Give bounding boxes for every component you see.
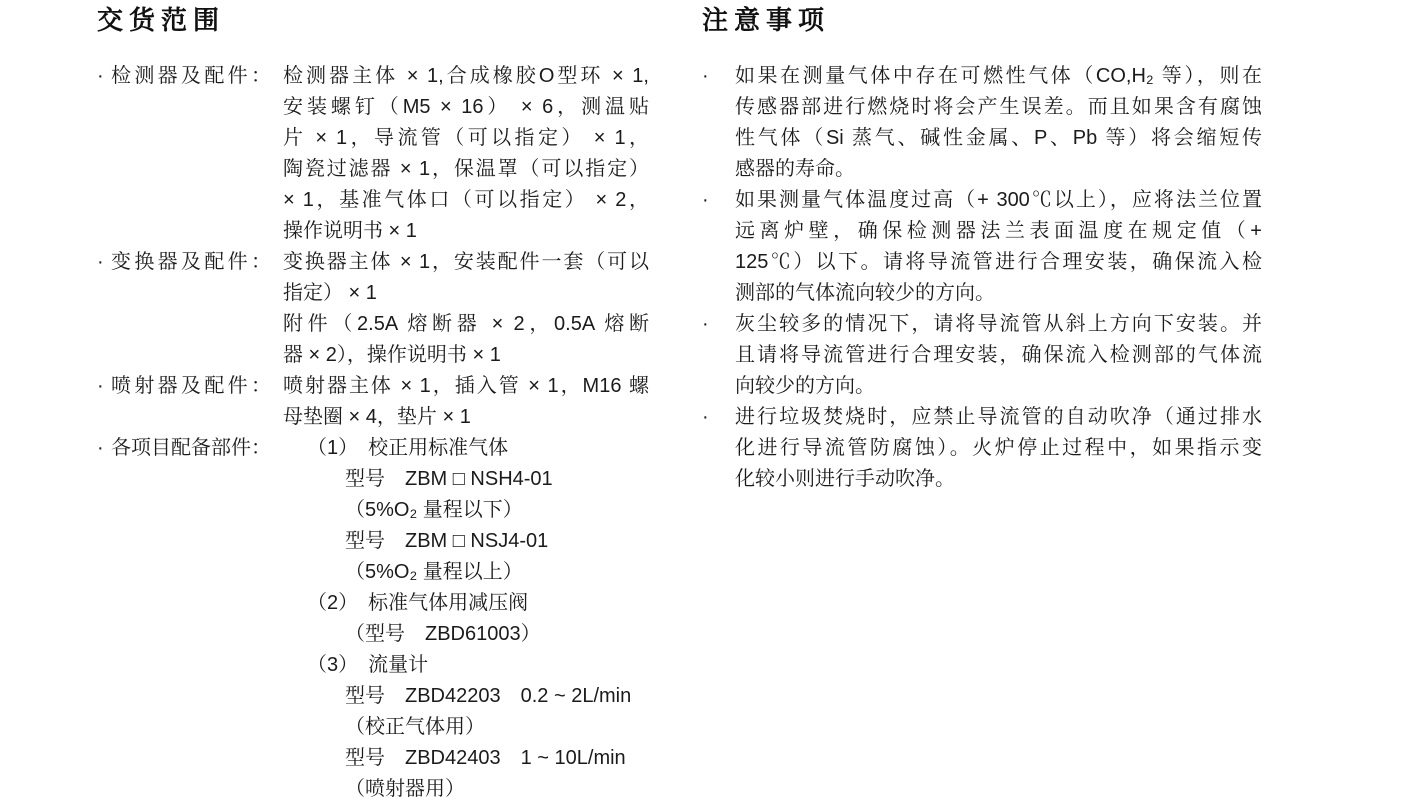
precaution-line: 125℃）以下。请将导流管进行合理安装，确保流入检 (735, 247, 1262, 278)
bullet-marker: · (702, 309, 735, 340)
precaution-line: 远离炉壁，确保检测器法兰表面温度在规定值（+ (735, 216, 1262, 247)
row-content: （1） 校正用标准气体 型号 ZBM □ NSH4-01 （5%O₂ 量程以下）… (283, 433, 665, 801)
content-line: 指定） × 1 (283, 278, 665, 309)
precaution-line: 感器的寿命。 (735, 154, 1277, 185)
manual-page: 交货范围 · 检测器及配件： 检测器主体 × 1,合成橡胶O型环 × 1, 安装… (0, 0, 1415, 801)
content-line: （1） 校正用标准气体 (307, 433, 665, 464)
content-line: 器 × 2），操作说明书 × 1 (283, 340, 665, 371)
precaution-line: 化进行导流管防腐蚀）。火炉停止过程中，如果指示变 (735, 433, 1262, 464)
content-line: 型号 ZBD42403 1 ~ 10L/min (345, 743, 665, 774)
delivery-row-injector: · 喷射器及配件： 喷射器主体 × 1，插入管 × 1，M16 螺 母垫圈 × … (97, 371, 665, 433)
precaution-item-waste-incineration: · 进行垃圾焚烧时，应禁止导流管的自动吹净（通过排水 化进行导流管防腐蚀）。火炉… (702, 402, 1277, 495)
precaution-text: 进行垃圾焚烧时，应禁止导流管的自动吹净（通过排水 化进行导流管防腐蚀）。火炉停止… (735, 402, 1277, 495)
delivery-section: 交货范围 · 检测器及配件： 检测器主体 × 1,合成橡胶O型环 × 1, 安装… (97, 5, 665, 801)
precaution-line: 进行垃圾焚烧时，应禁止导流管的自动吹净（通过排水 (735, 402, 1262, 433)
row-label-detector: 检测器及配件： (111, 61, 271, 92)
content-line: 喷射器主体 × 1，插入管 × 1，M16 螺 (283, 371, 649, 402)
precaution-item-dust: · 灰尘较多的情况下，请将导流管从斜上方向下安装。并 且请将导流管进行合理安装，… (702, 309, 1277, 402)
row-label-injector: 喷射器及配件： (111, 371, 271, 402)
content-line: 检测器主体 × 1,合成橡胶O型环 × 1, (283, 61, 649, 92)
content-line: 型号 ZBD42203 0.2 ~ 2L/min (345, 681, 665, 712)
precaution-item-flammable-gas: · 如果在测量气体中存在可燃性气体（CO,H₂ 等），则在 传感器部进行燃烧时将… (702, 61, 1277, 185)
precautions-section: 注意事项 · 如果在测量气体中存在可燃性气体（CO,H₂ 等），则在 传感器部进… (702, 5, 1277, 495)
content-line: 母垫圈 × 4，垫片 × 1 (283, 402, 665, 433)
row-content: 检测器主体 × 1,合成橡胶O型环 × 1, 安装螺钉（M5 × 16） × 6… (283, 61, 665, 247)
precautions-heading: 注意事项 (702, 5, 1277, 35)
precaution-text: 灰尘较多的情况下，请将导流管从斜上方向下安装。并 且请将导流管进行合理安装，确保… (735, 309, 1277, 402)
bullet-marker: · (97, 61, 111, 92)
row-content: 变换器主体 × 1，安装配件一套（可以 指定） × 1 附件（2.5A 熔断器 … (283, 247, 665, 371)
precaution-line: 测部的气体流向较少的方向。 (735, 278, 1277, 309)
bullet-marker: · (97, 433, 111, 464)
delivery-row-converter: · 变换器及配件： 变换器主体 × 1，安装配件一套（可以 指定） × 1 附件… (97, 247, 665, 371)
precaution-text: 如果在测量气体中存在可燃性气体（CO,H₂ 等），则在 传感器部进行燃烧时将会产… (735, 61, 1277, 185)
precaution-item-high-temperature: · 如果测量气体温度过高（+ 300℃以上），应将法兰位置 远离炉壁，确保检测器… (702, 185, 1277, 309)
precaution-line: 化较小则进行手动吹净。 (735, 464, 1277, 495)
content-line: 片 × 1，导流管（可以指定） × 1， (283, 123, 649, 154)
content-line: 型号 ZBM □ NSH4-01 (345, 464, 665, 495)
precaution-line: 性气体（Si 蒸气、碱性金属、P、Pb 等）将会缩短传 (735, 123, 1262, 154)
content-line: （5%O₂ 量程以下） (345, 495, 665, 526)
content-line: （3） 流量计 (307, 650, 665, 681)
precaution-line: 且请将导流管进行合理安装，确保流入检测部的气体流 (735, 340, 1262, 371)
bullet-marker: · (702, 61, 735, 92)
bullet-marker: · (702, 185, 735, 216)
delivery-row-equipment: · 各项目配备部件： （1） 校正用标准气体 型号 ZBM □ NSH4-01 … (97, 433, 665, 801)
precaution-line: 传感器部进行燃烧时将会产生误差。而且如果含有腐蚀 (735, 92, 1262, 123)
precaution-line: 如果在测量气体中存在可燃性气体（CO,H₂ 等），则在 (735, 61, 1262, 92)
precaution-text: 如果测量气体温度过高（+ 300℃以上），应将法兰位置 远离炉壁，确保检测器法兰… (735, 185, 1277, 309)
content-line: × 1，基准气体口（可以指定） × 2， (283, 185, 649, 216)
bullet-marker: · (702, 402, 735, 433)
row-label-converter: 变换器及配件： (111, 247, 271, 278)
bullet-marker: · (97, 371, 111, 402)
content-line: （2） 标准气体用减压阀 (307, 588, 665, 619)
bullet-marker: · (97, 247, 111, 278)
content-line: 附件（2.5A 熔断器 × 2，0.5A 熔断 (283, 309, 649, 340)
content-line: 陶瓷过滤器 × 1，保温罩（可以指定） (283, 154, 649, 185)
content-line: （5%O₂ 量程以上） (345, 557, 665, 588)
row-label-equipment: 各项目配备部件： (111, 433, 271, 464)
delivery-row-detector: · 检测器及配件： 检测器主体 × 1,合成橡胶O型环 × 1, 安装螺钉（M5… (97, 61, 665, 247)
content-line: 操作说明书 × 1 (283, 216, 665, 247)
content-line: 安装螺钉（M5 × 16） × 6，测温贴 (283, 92, 649, 123)
content-line: （校正气体用） (345, 712, 665, 743)
content-line: 变换器主体 × 1，安装配件一套（可以 (283, 247, 649, 278)
precaution-line: 灰尘较多的情况下，请将导流管从斜上方向下安装。并 (735, 309, 1262, 340)
content-line: （喷射器用） (345, 774, 665, 801)
content-line: （型号 ZBD61003） (345, 619, 665, 650)
row-content: 喷射器主体 × 1，插入管 × 1，M16 螺 母垫圈 × 4，垫片 × 1 (283, 371, 665, 433)
content-line: 型号 ZBM □ NSJ4-01 (345, 526, 665, 557)
precaution-line: 向较少的方向。 (735, 371, 1277, 402)
precaution-line: 如果测量气体温度过高（+ 300℃以上），应将法兰位置 (735, 185, 1262, 216)
delivery-heading: 交货范围 (97, 5, 665, 35)
